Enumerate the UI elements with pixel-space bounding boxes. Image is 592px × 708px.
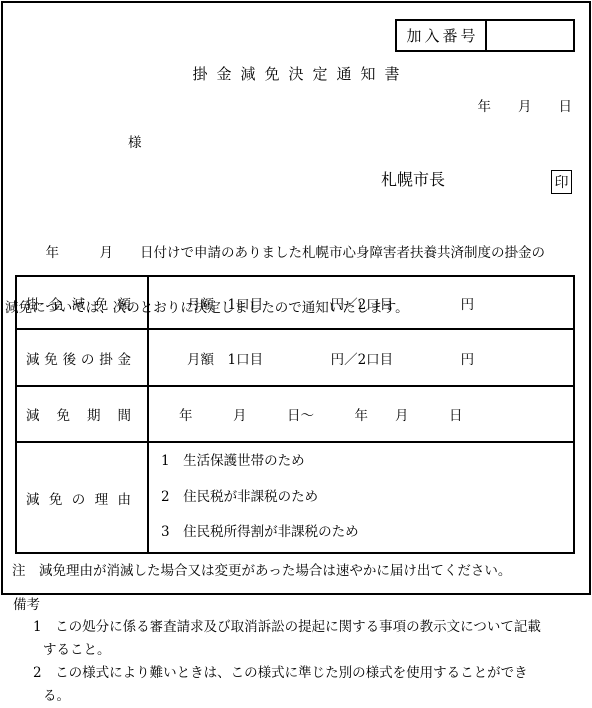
row-value: 月額 1口目 円／2口目 円 <box>148 276 574 329</box>
remarks-item-2-line-2: る。 <box>43 690 70 704</box>
reason-item-2: 2 住民税が非課税のため <box>161 480 572 516</box>
document-title: 掛金減免決定通知書 <box>0 67 592 82</box>
reason-item-3: 3 住民税所得割が非課税のため <box>161 515 572 551</box>
table-row-reduction-reason: 減 免 の 理 由 1 生活保護世帯のため 2 住民税が非課税のため 3 住民税… <box>16 442 574 553</box>
row-label: 掛 金 減 免 額 <box>16 276 148 329</box>
reason-item-1: 1 生活保護世帯のため <box>161 444 572 480</box>
row-label: 減 免 後 の 掛 金 <box>16 329 148 386</box>
row-label: 減 免 期 間 <box>16 386 148 442</box>
decision-table: 掛 金 減 免 額 月額 1口目 円／2口目 円 減 免 後 の 掛 金 月額 … <box>15 275 575 554</box>
sender-name: 札幌市長 <box>381 172 445 188</box>
addressee-suffix: 様 <box>128 137 142 151</box>
row-value: 月額 1口目 円／2口目 円 <box>148 329 574 386</box>
row-label: 減 免 の 理 由 <box>16 442 148 553</box>
seal-character: 印 <box>555 172 569 192</box>
note-line: 注 減免理由が消滅した場合又は変更があった場合は速やかに届け出てください。 <box>12 565 511 579</box>
date-line: 年 月 日 <box>478 101 573 115</box>
remarks-item-2-line-1: 2 この様式により難いときは、この様式に準じた別の様式を使用することができ <box>33 667 528 681</box>
body-line-1: 年 月 日付けで申請のありました札幌市心身障害者扶養共済制度の掛金の <box>5 240 545 268</box>
remarks-item-1-line-1: 1 この処分に係る審査請求及び取消訴訟の提起に関する事項の教示文について記載 <box>33 621 541 635</box>
document-page: 加入番号 掛金減免決定通知書 年 月 日 様 札幌市長 印 年 月 日付けで申請… <box>0 0 592 708</box>
member-number-box: 加入番号 <box>395 19 575 52</box>
seal-box: 印 <box>551 170 572 194</box>
row-value: 年 月 日～ 年 月 日 <box>148 386 574 442</box>
member-number-value <box>487 21 573 50</box>
table-row-reduction-amount: 掛 金 減 免 額 月額 1口目 円／2口目 円 <box>16 276 574 329</box>
table-row-premium-after: 減 免 後 の 掛 金 月額 1口目 円／2口目 円 <box>16 329 574 386</box>
remarks-heading: 備考 <box>13 599 40 613</box>
table-row-reduction-period: 減 免 期 間 年 月 日～ 年 月 日 <box>16 386 574 442</box>
remarks-item-1-line-2: すること。 <box>43 644 111 658</box>
reason-list: 1 生活保護世帯のため 2 住民税が非課税のため 3 住民税所得割が非課税のため <box>148 442 574 553</box>
member-number-label: 加入番号 <box>397 21 487 50</box>
